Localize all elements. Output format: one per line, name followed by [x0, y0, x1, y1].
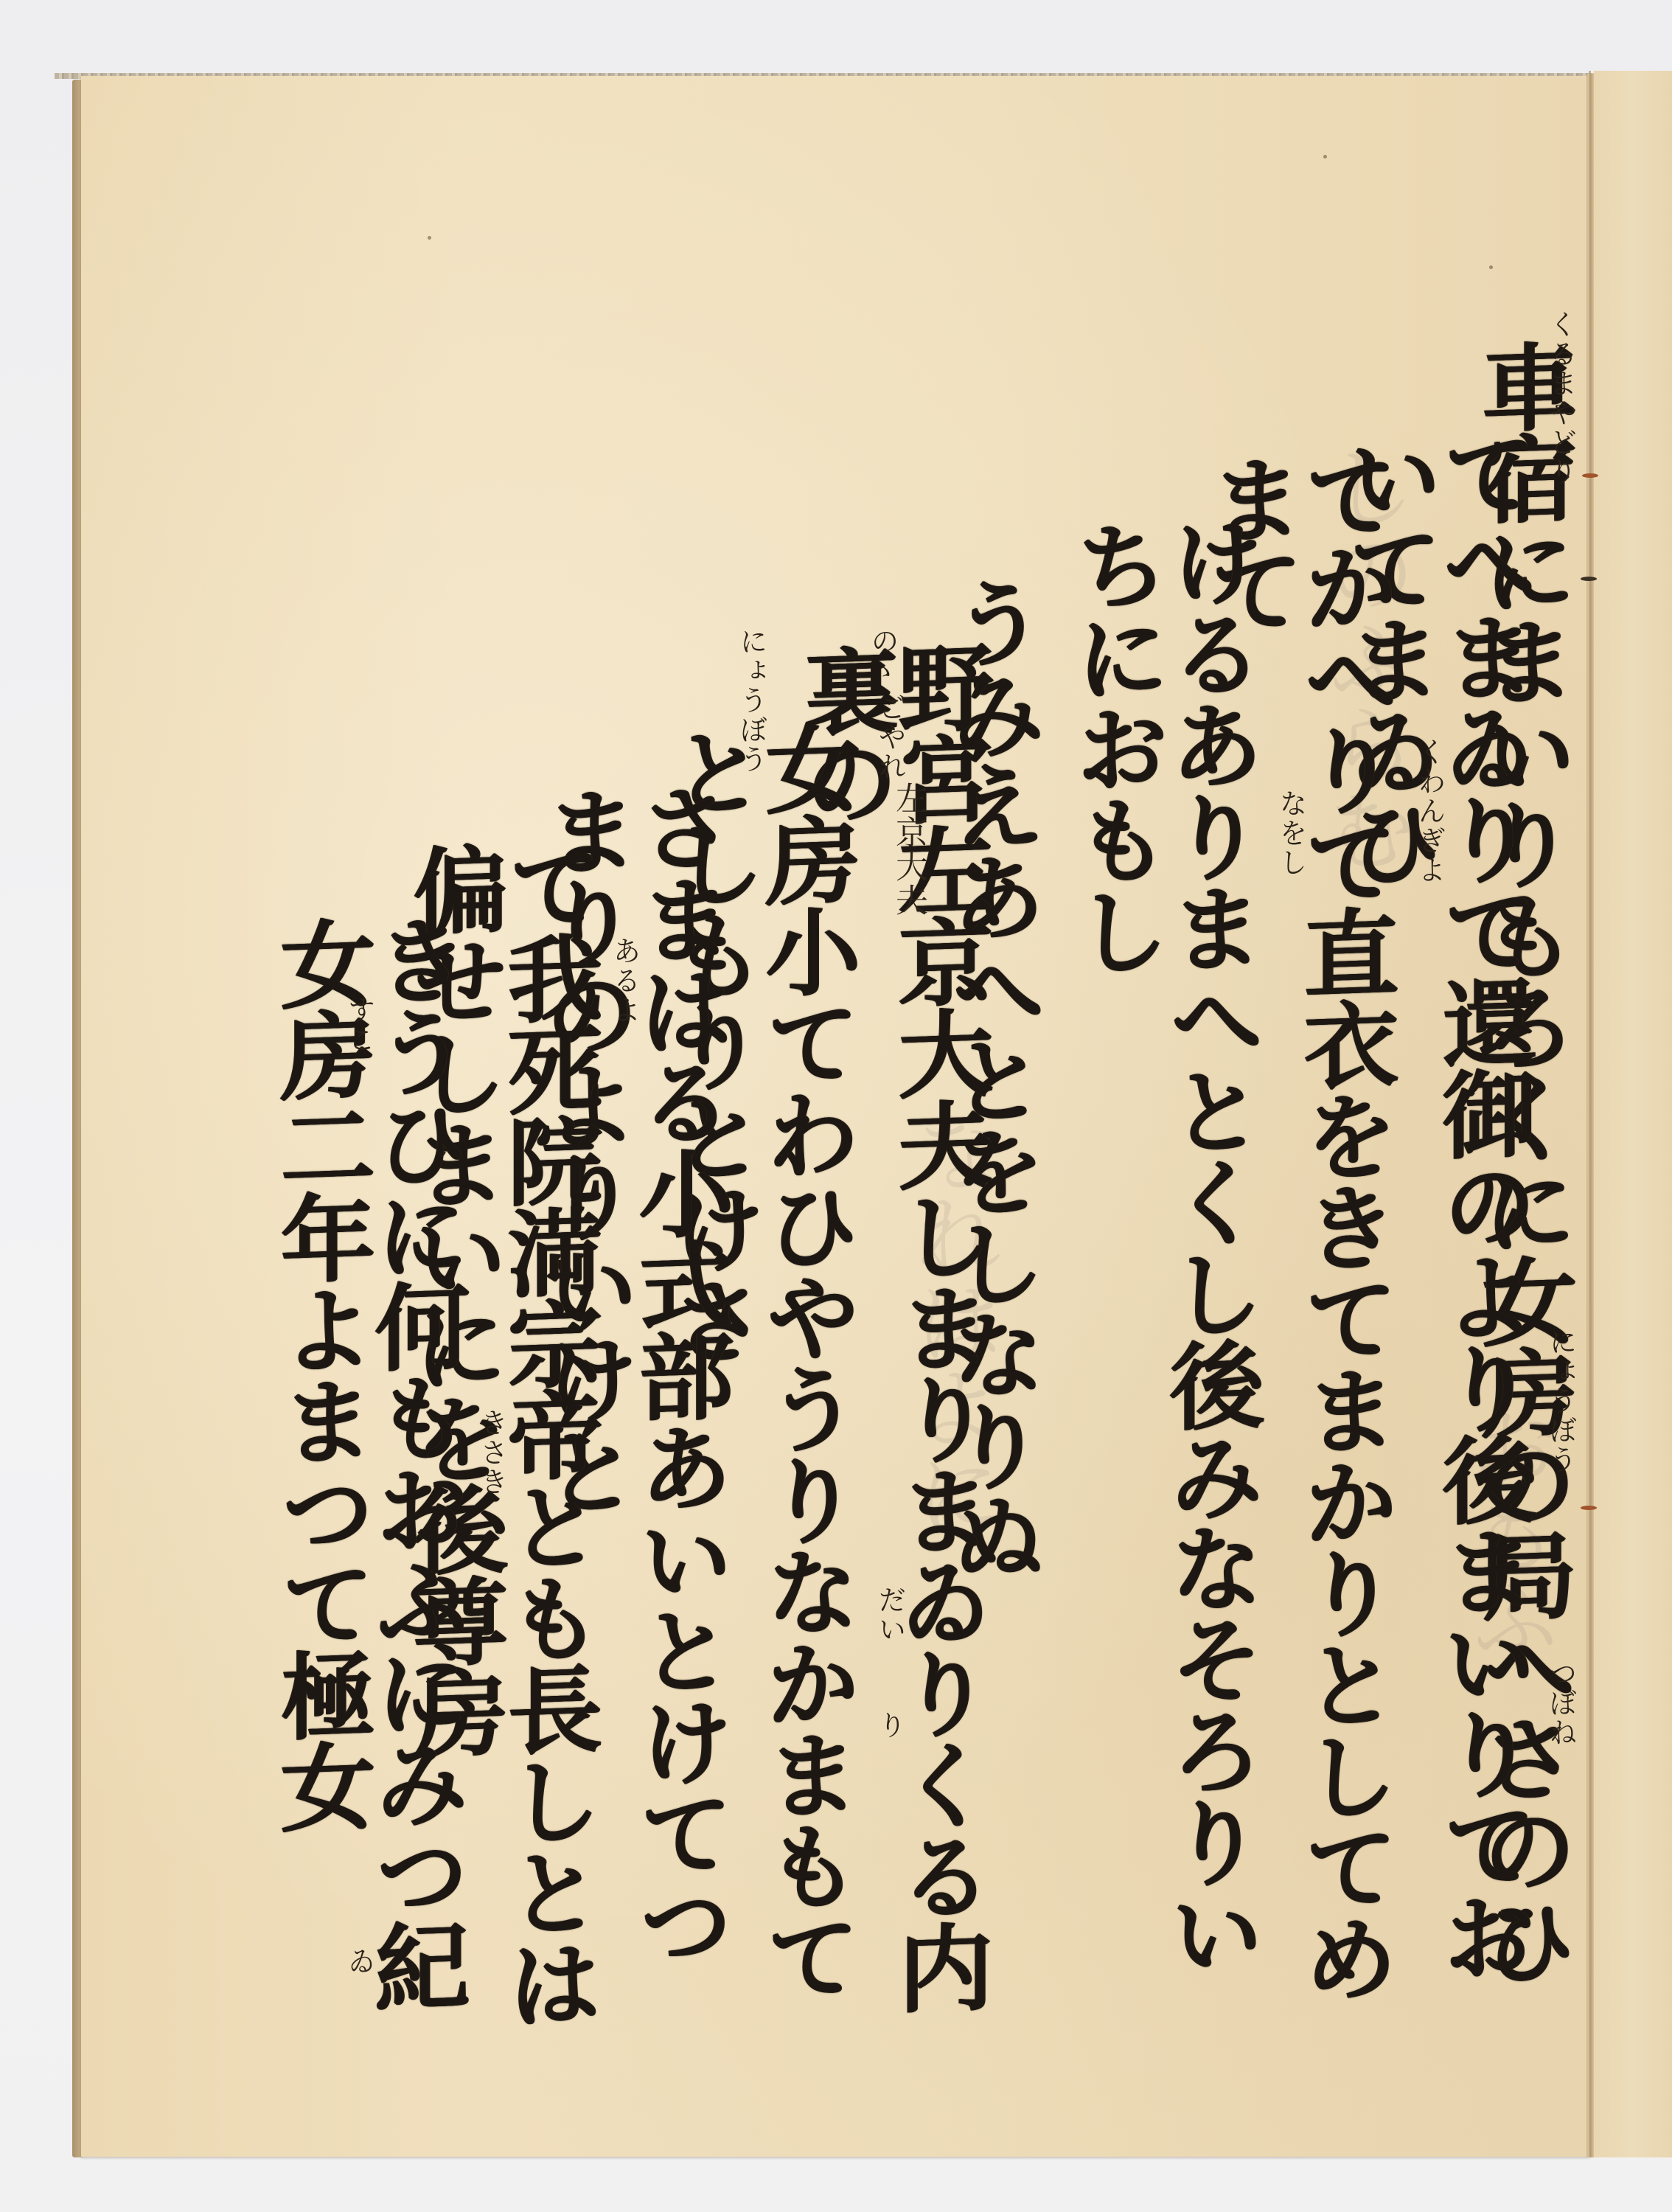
furigana: あるよ: [610, 936, 638, 1025]
text-column: きうひに何もおふにみつ紀女房二年よまつて極女 すこ ゐ: [258, 310, 391, 2042]
furigana: くるまやどり: [1547, 310, 1575, 487]
paper-speck: [1489, 265, 1493, 269]
furigana: だい: [876, 1585, 904, 1644]
furigana: のゝ: [868, 627, 896, 686]
furigana: ごやれ: [876, 693, 904, 782]
furigana: きさき: [478, 1408, 506, 1497]
paper-speck: [1323, 155, 1327, 159]
furigana: すこ: [345, 995, 373, 1054]
annotation: 左京大夫: [892, 782, 924, 917]
column-text: けるありまへとくし後みなそろりいちにおもし: [1067, 513, 1256, 2046]
text-column: けるありまへとくし後みなそろりいちにおもし: [1054, 310, 1187, 2042]
furigana: り: [876, 1711, 904, 1740]
furigana: つぼね: [1547, 1659, 1575, 1747]
column-text: きうひに何もおふにみつ紀女房二年よまつて極女: [273, 911, 461, 2046]
furigana: ゐ: [345, 1947, 373, 1976]
furigana: なをし: [1277, 789, 1305, 877]
facing-page-crease: [1589, 71, 1591, 2157]
furigana: にょうぼう: [1547, 1327, 1575, 1475]
facing-page: [1594, 71, 1672, 2157]
paper-speck: [428, 236, 431, 240]
text-columns: 車宿にまいりもろくに女房の局へさのひ くるまやどり にょうぼう つぼね てへまゐ…: [221, 310, 1585, 2042]
furigana: にょうぼう: [737, 627, 765, 774]
furigana: くわんぎよ: [1415, 737, 1443, 885]
